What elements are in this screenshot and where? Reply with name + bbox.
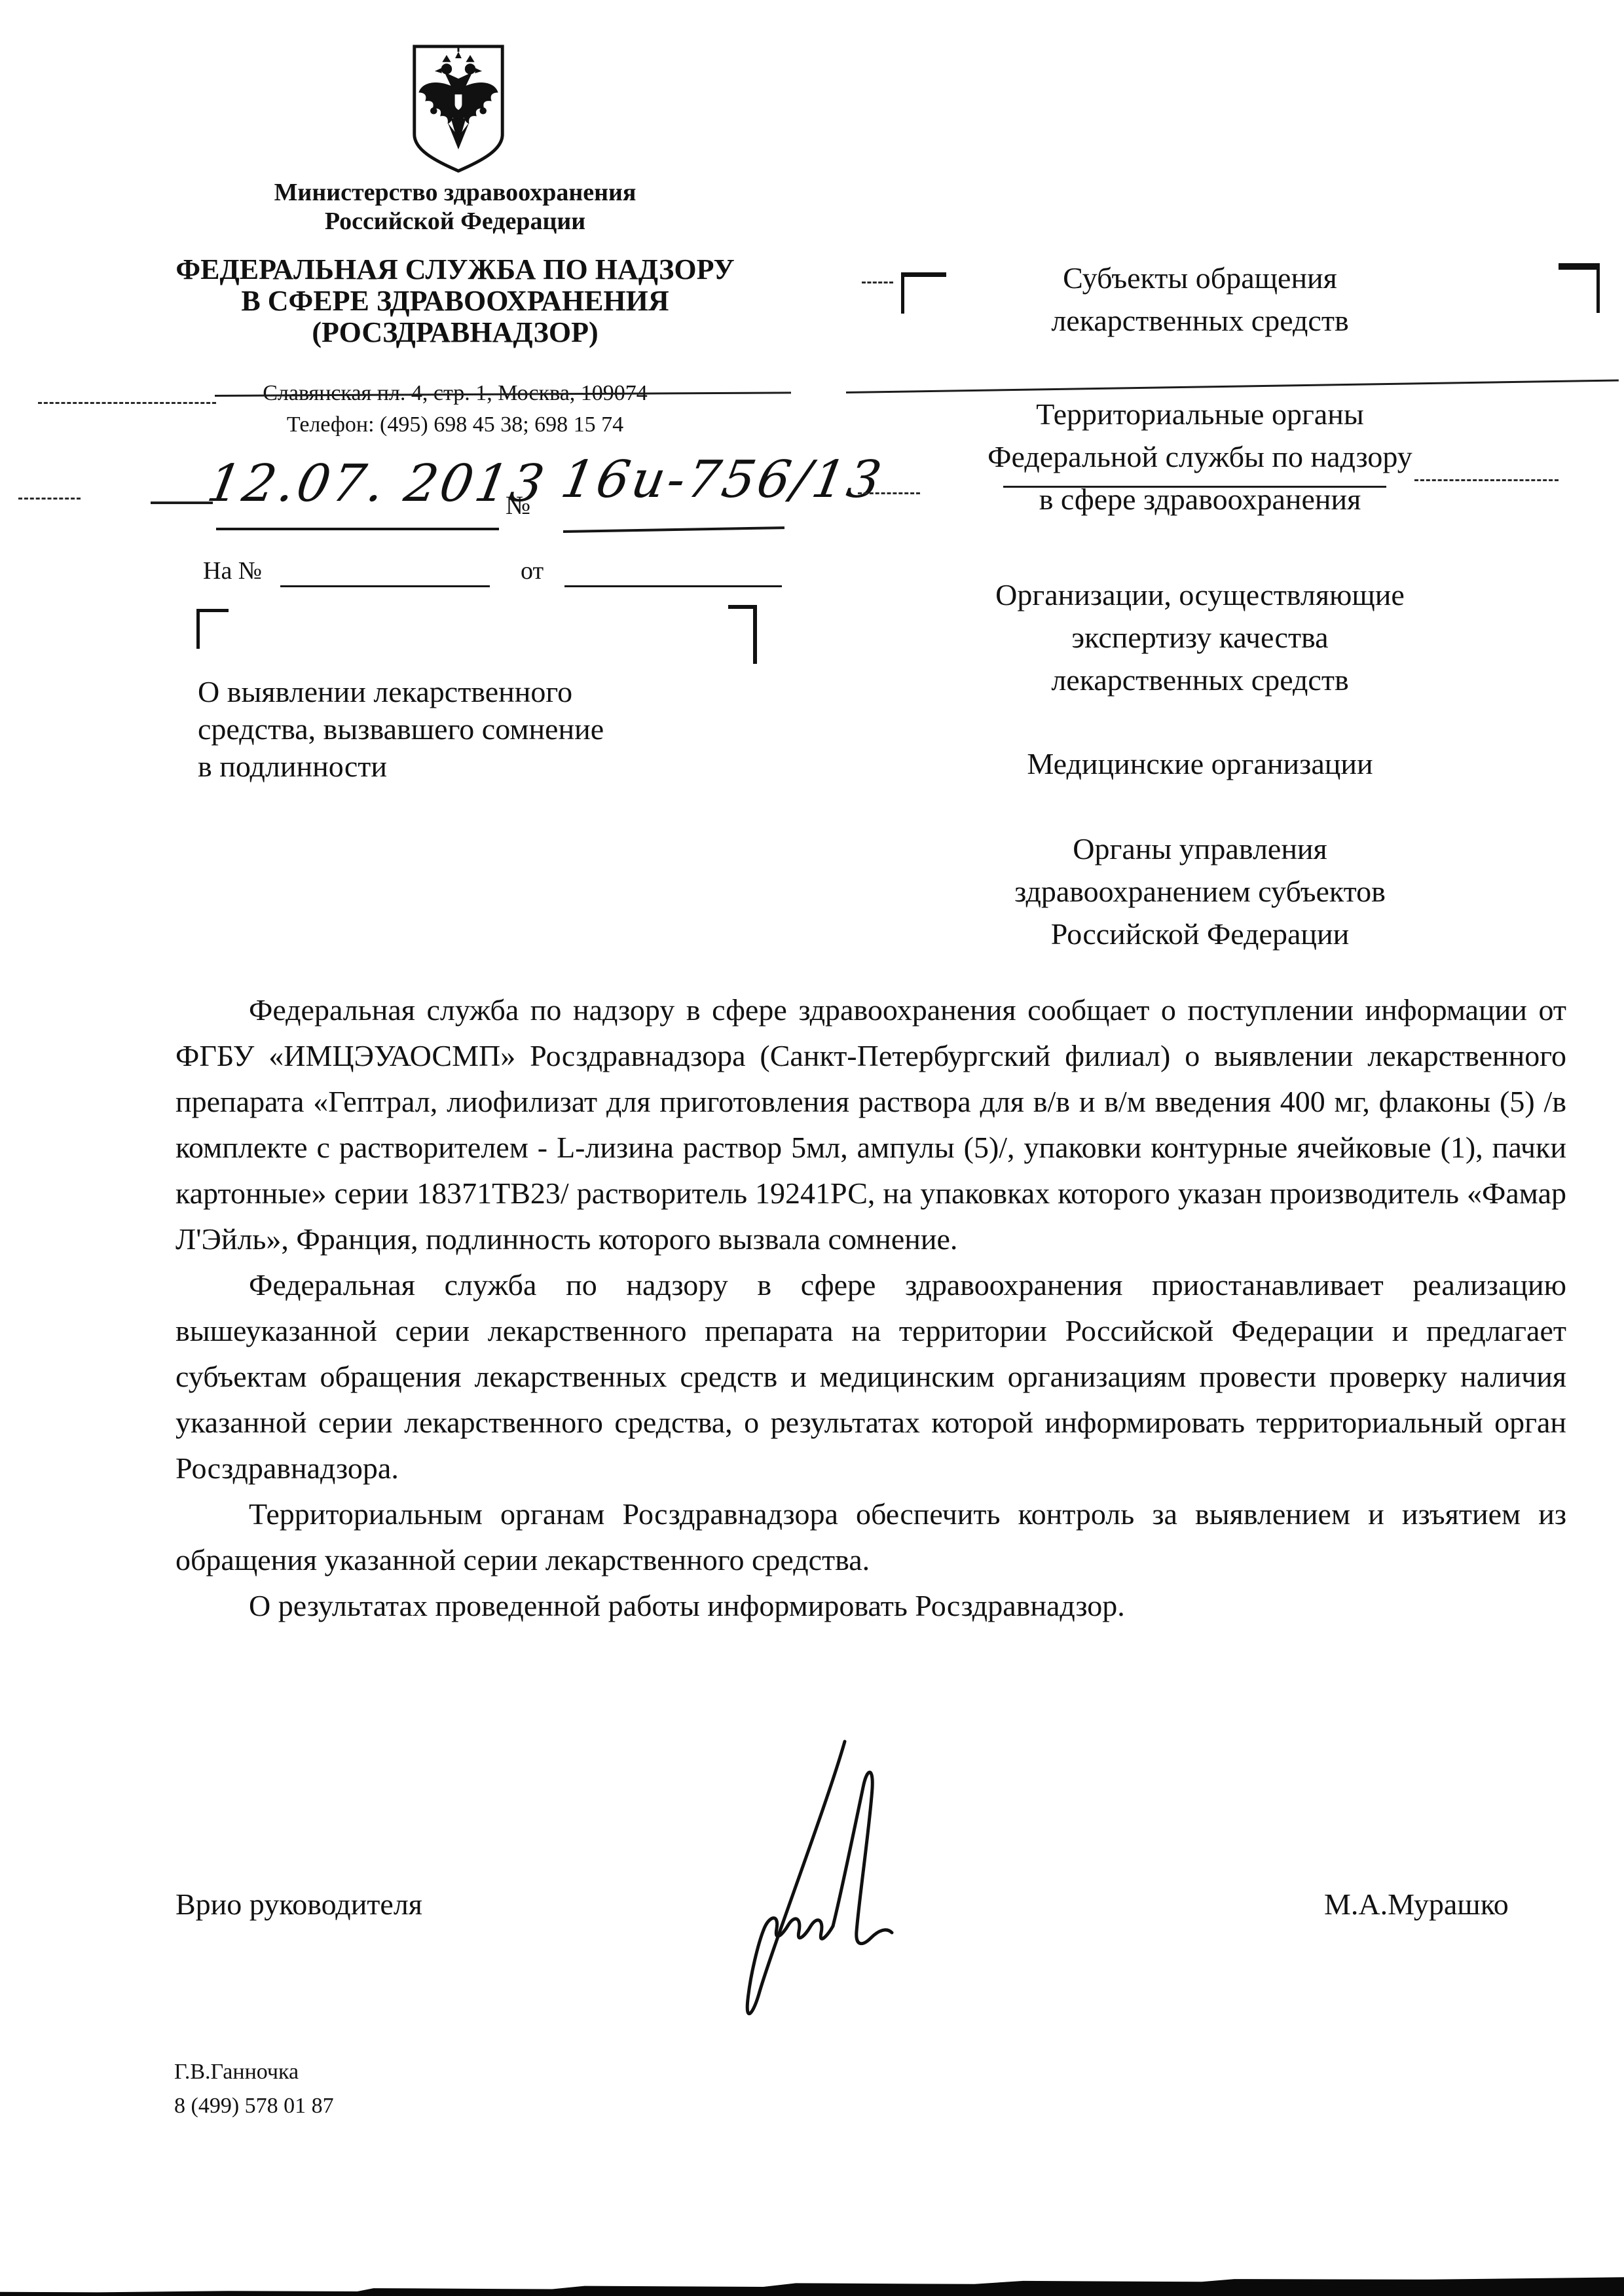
recipient-line: Российской Федерации	[891, 913, 1509, 955]
signer-position: Врио руководителя	[175, 1887, 422, 1922]
recipient-line: лекарственных средств	[891, 299, 1509, 342]
recipient-block-expert-orgs: Организации, осуществляющие экспертизу к…	[891, 574, 1509, 701]
number-underline	[563, 526, 784, 533]
handwritten-number: 16и-756/13	[557, 450, 888, 509]
letter-body: Федеральная служба по надзору в сфере зд…	[175, 987, 1566, 1629]
body-paragraph: Федеральная служба по надзору в сфере зд…	[175, 987, 1566, 1262]
service-name-line3: (РОСЗДРАВНАДЗОР)	[164, 316, 747, 349]
reply-to-label: На №	[203, 556, 262, 585]
service-name-line1: ФЕДЕРАЛЬНАЯ СЛУЖБА ПО НАДЗОРУ	[164, 253, 747, 286]
reply-from-label: от	[521, 556, 544, 585]
recipient-line: здравоохранением субъектов	[891, 870, 1509, 913]
scan-artifact-dashes	[858, 492, 920, 494]
body-paragraph: Федеральная служба по надзору в сфере зд…	[175, 1262, 1566, 1491]
body-paragraph: О результатах проведенной работы информи…	[175, 1583, 1566, 1629]
recipient-block-subjects: Субъекты обращения лекарственных средств	[891, 257, 1509, 342]
subject-line: в подлинности	[198, 748, 604, 785]
number-sign: №	[506, 490, 530, 520]
date-underline	[216, 528, 499, 530]
recipient-line: в сфере здравоохранения	[891, 478, 1509, 520]
scan-artifact-line	[1003, 486, 1386, 488]
scan-artifact-dash	[151, 501, 213, 504]
recipient-line: Федеральной службы по надзору	[891, 435, 1509, 478]
ministry-name-line2: Российской Федерации	[164, 207, 747, 236]
reply-date-underline	[564, 585, 782, 587]
recipient-block-health-authorities: Органы управления здравоохранением субъе…	[891, 828, 1509, 955]
recipient-block-territorial: Территориальные органы Федеральной служб…	[891, 393, 1509, 520]
scan-artifact-dashes	[862, 282, 893, 283]
corner-bracket-right-icon	[1559, 263, 1600, 313]
recipient-line: лекарственных средств	[891, 659, 1509, 701]
letter-subject: О выявлении лекарственного средства, выз…	[198, 673, 604, 785]
executor-phone: 8 (499) 578 01 87	[174, 2094, 334, 2119]
letterhead-phone: Телефон: (495) 698 45 38; 698 15 74	[164, 412, 747, 437]
signer-name: М.А.Мурашко	[1324, 1887, 1509, 1922]
recipient-line: Организации, осуществляющие	[891, 574, 1509, 616]
executor-name: Г.В.Ганночка	[174, 2060, 299, 2085]
recipient-line: Субъекты обращения	[891, 257, 1509, 299]
scan-artifact-dashes	[38, 402, 216, 404]
corner-bracket-right-icon	[728, 605, 757, 664]
corner-bracket-left-icon	[196, 609, 229, 649]
body-paragraph: Территориальным органам Росздравнадзора …	[175, 1491, 1566, 1583]
handwritten-date: 12.07. 2013	[203, 454, 551, 513]
scan-artifact-dashes	[18, 498, 81, 500]
ministry-name-line1: Министерство здравоохранения	[164, 178, 747, 207]
scan-artifact-bottom-strip	[0, 2273, 1624, 2296]
subject-line: О выявлении лекарственного	[198, 673, 604, 710]
recipient-line: Органы управления	[891, 828, 1509, 870]
subject-line: средства, вызвавшего сомнение	[198, 710, 604, 748]
scanned-letter-page: Министерство здравоохранения Российской …	[0, 0, 1624, 2296]
recipient-line: экспертизу качества	[891, 616, 1509, 659]
coat-of-arms-icon	[405, 43, 512, 174]
recipient-line: Медицинские организации	[891, 742, 1509, 785]
service-name-line2: В СФЕРЕ ЗДРАВООХРАНЕНИЯ	[164, 284, 747, 318]
scan-artifact-line	[846, 379, 1619, 393]
scan-artifact-dashes	[1414, 479, 1559, 481]
recipient-line: Территориальные органы	[891, 393, 1509, 435]
reply-number-underline	[280, 585, 490, 587]
handwritten-signature-icon	[661, 1735, 976, 2062]
recipient-block-medical-orgs: Медицинские организации	[891, 742, 1509, 785]
